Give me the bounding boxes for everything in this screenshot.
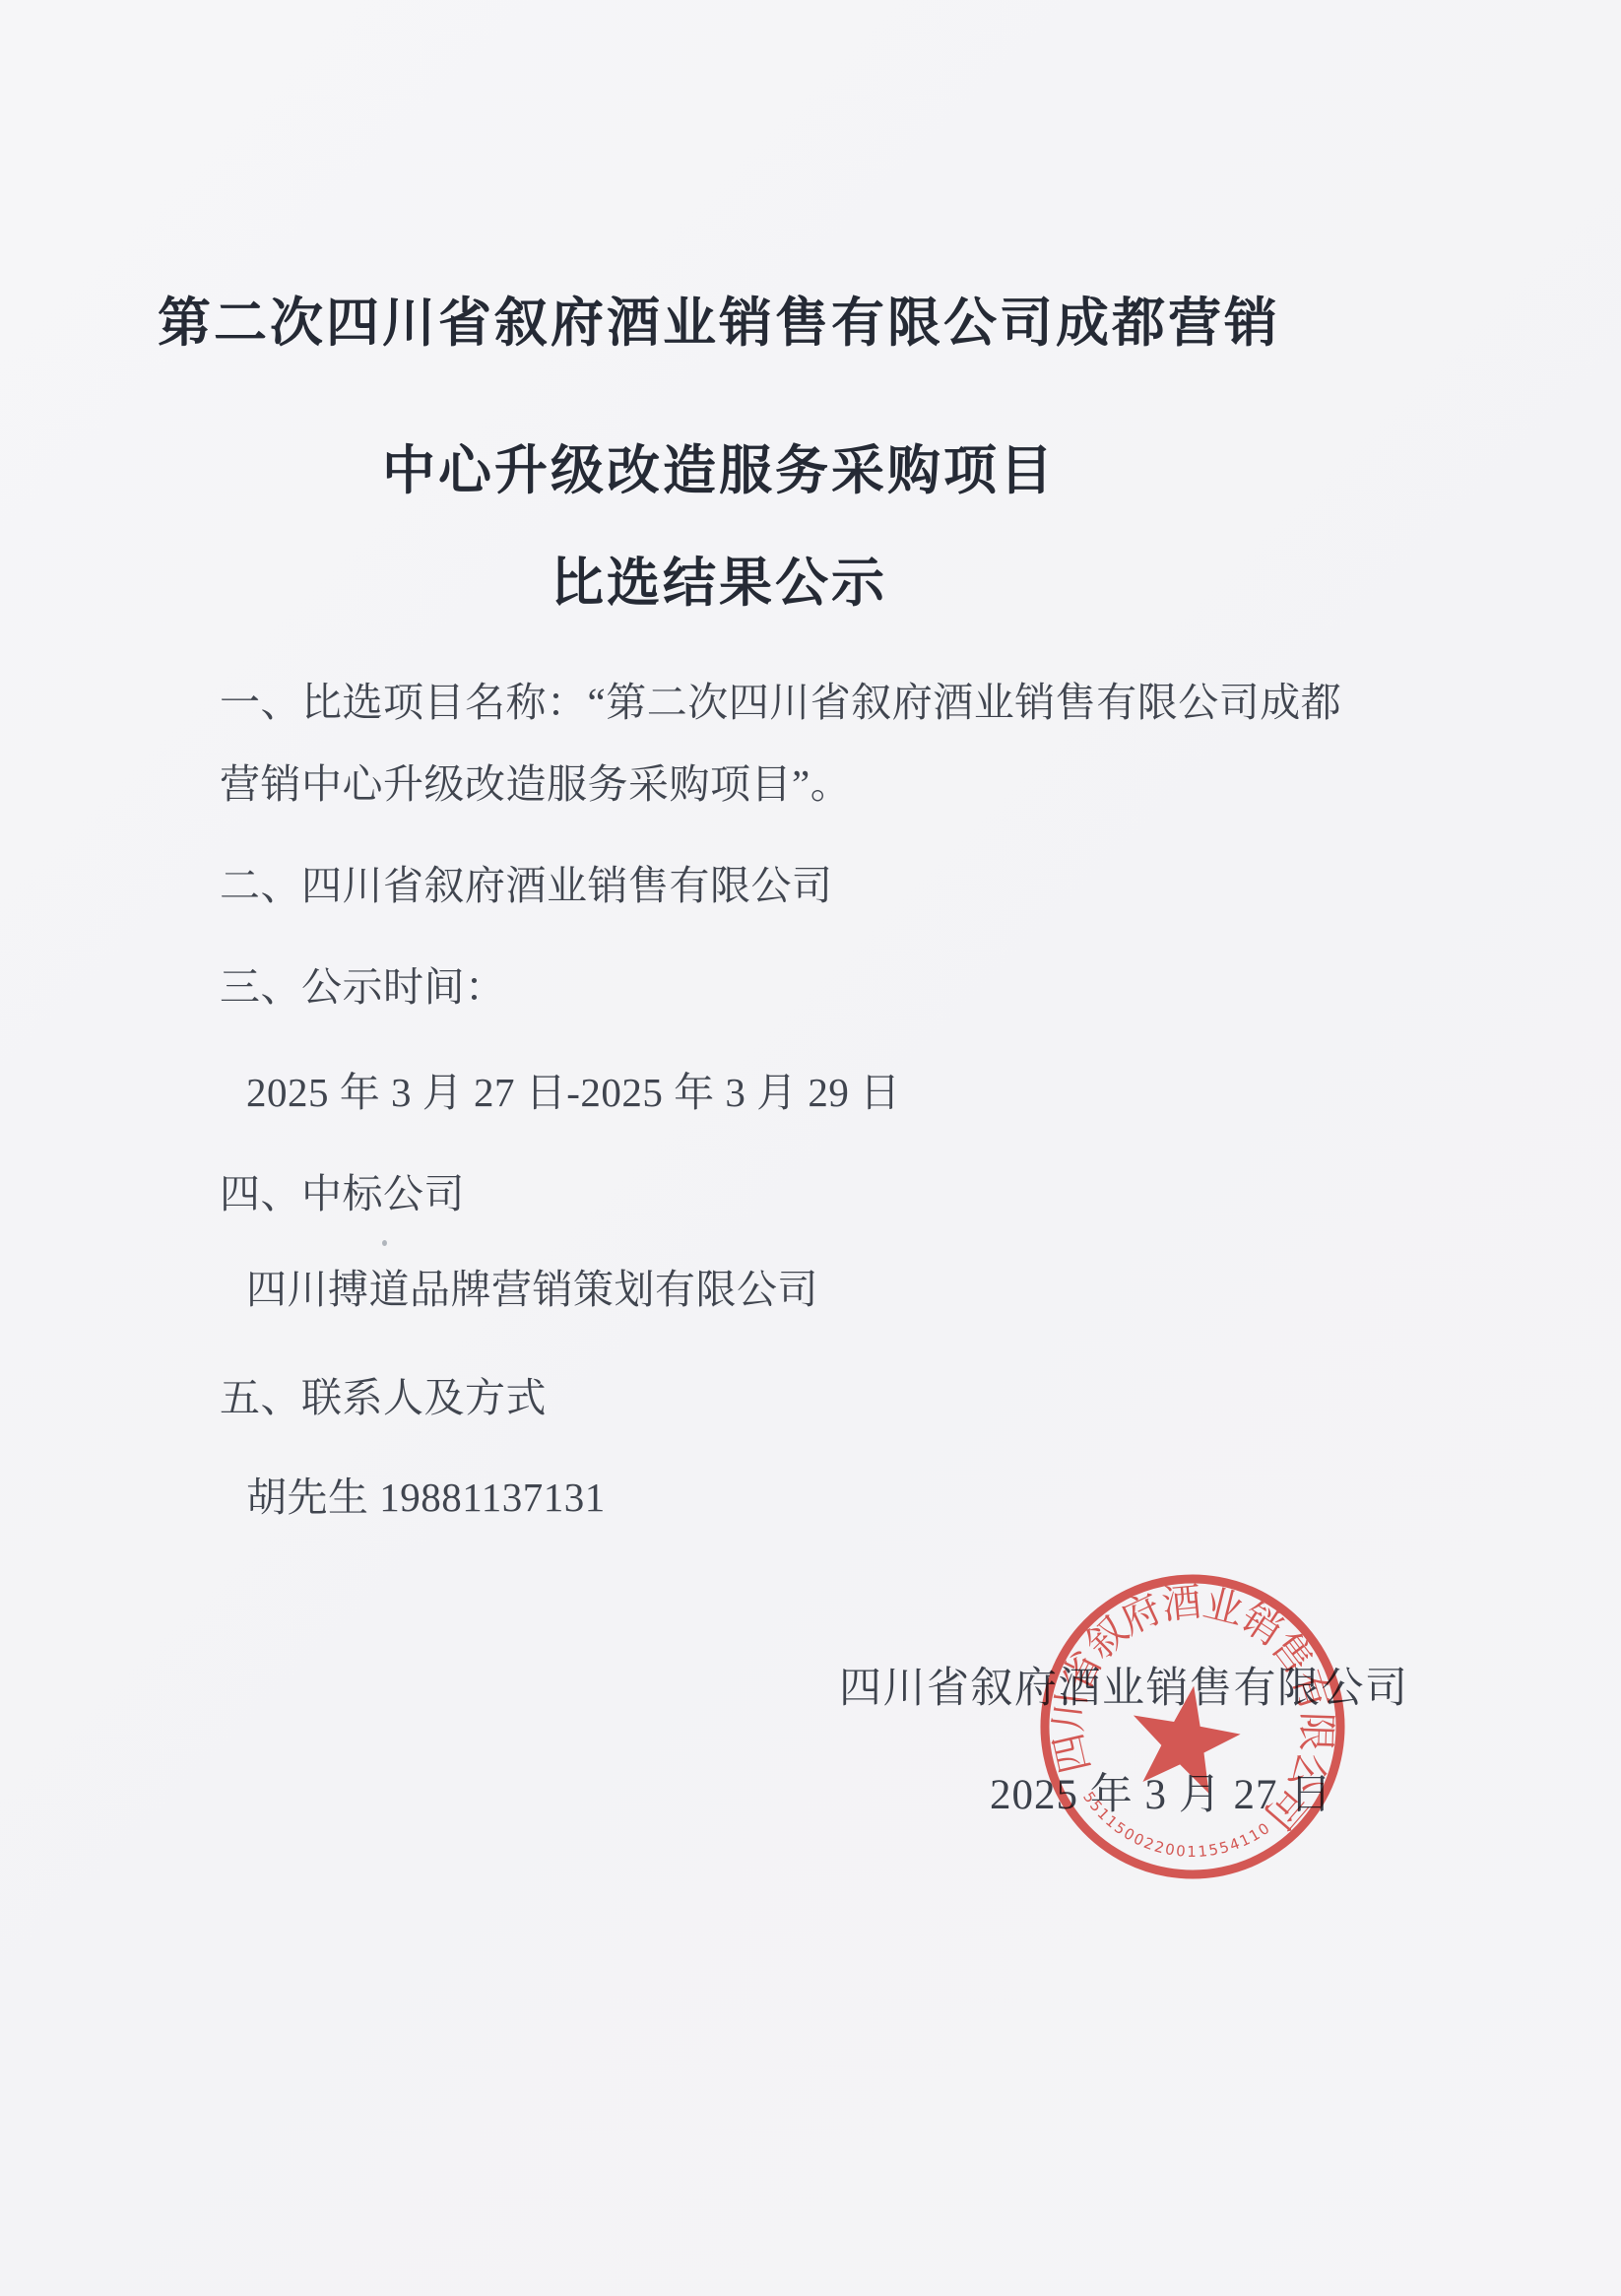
document-title-line-2: 中心升级改造服务采购项目 <box>0 441 1438 499</box>
item5-contact-label: 五、联系人及方式 <box>220 1375 547 1421</box>
item1-project-name-line1: 一、比选项目名称：“第二次四川省叙府酒业销售有限公司成都 <box>220 680 1341 726</box>
item4-winning-company-label: 四、中标公司 <box>220 1171 465 1217</box>
item1-project-name-line2: 营销中心升级改造服务采购项目”。 <box>220 761 851 808</box>
document-title-line-3: 比选结果公示 <box>0 554 1438 612</box>
company-seal-svg: 四川省叙府酒业销售有限公司 5511500220011554110 <box>1025 1559 1360 1894</box>
scan-artifact-dot <box>382 1240 387 1246</box>
document-title-line-1: 第二次四川省叙府酒业销售有限公司成都营销 <box>0 294 1438 352</box>
company-seal-stamp: 四川省叙府酒业销售有限公司 5511500220011554110 <box>1025 1559 1360 1894</box>
item3-publicity-period-dates: 2025 年 3 月 27 日-2025 年 3 月 29 日 <box>246 1070 901 1116</box>
seal-star-icon <box>1123 1676 1248 1797</box>
scanned-document-page: 第二次四川省叙府酒业销售有限公司成都营销 中心升级改造服务采购项目 比选结果公示… <box>0 0 1621 2296</box>
item2-organizer: 二、四川省叙府酒业销售有限公司 <box>220 863 833 909</box>
item3-publicity-period-label: 三、公示时间： <box>220 964 506 1011</box>
item4-winning-company-name: 四川搏道品牌营销策划有限公司 <box>246 1267 818 1313</box>
item5-contact-detail: 胡先生 19881137131 <box>246 1475 606 1521</box>
